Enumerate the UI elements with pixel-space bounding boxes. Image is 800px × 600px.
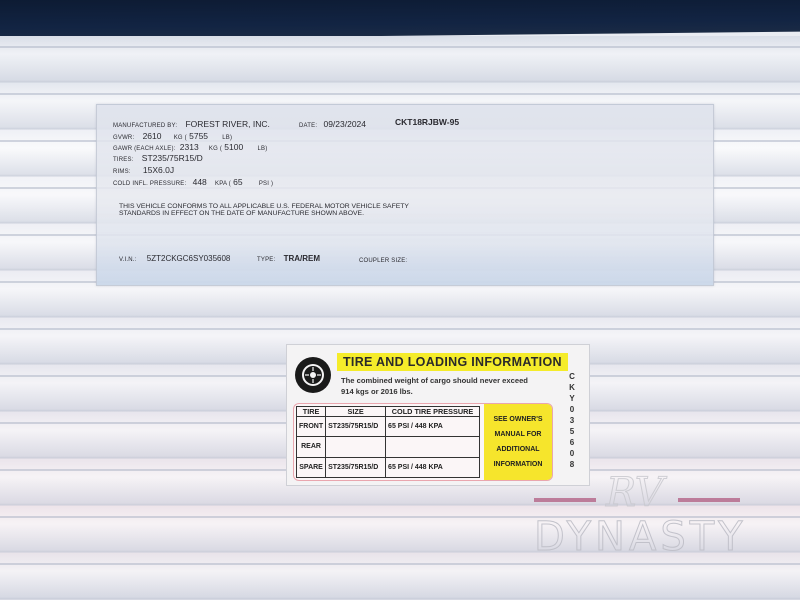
watermark-script: RV [606, 470, 664, 516]
tire-loading-label: TIRE AND LOADING INFORMATION The combine… [286, 344, 590, 486]
rims-value: 15X6.0J [143, 165, 174, 175]
see-owners-manual-note: SEE OWNER'S MANUAL FOR ADDITIONAL INFORM… [484, 404, 552, 480]
cargo-weight-note: The combined weight of cargo should neve… [341, 375, 571, 397]
tires-value: ST235/75R15/D [142, 153, 203, 163]
table-row: REAR [297, 437, 480, 457]
model-code: CKT18RJBW-95 [395, 117, 459, 127]
header-size: SIZE [326, 407, 386, 417]
gawr-label: GAWR (EACH AXLE): [113, 146, 176, 152]
pressure-label: COLD INFL. PRESSURE: [113, 181, 186, 187]
conformance-line-1: THIS VEHICLE CONFORMS TO ALL APPLICABLE … [119, 203, 409, 210]
header-tire: TIRE [297, 407, 326, 417]
type-label: TYPE: [257, 257, 275, 263]
gawr-kg: 2313 [180, 142, 199, 152]
table-row: SPARE ST235/75R15/D 65 PSI / 448 KPA [297, 457, 480, 477]
vin-label: V.I.N.: [119, 257, 137, 263]
vin-value: 5ZT2CKGC6SY035608 [147, 254, 231, 263]
date-value: 09/23/2024 [323, 119, 366, 129]
pressure-psi: 65 [233, 177, 242, 187]
table-row: FRONT ST235/75R15/D 65 PSI / 448 KPA [297, 417, 480, 437]
coupler-size-label: COUPLER SIZE: [359, 258, 407, 264]
tires-label: TIRES: [113, 157, 134, 163]
rims-label: RIMS: [113, 169, 131, 175]
watermark-text: DYNASTY [534, 514, 744, 560]
manufactured-by-label: MANUFACTURED BY: [113, 123, 177, 129]
gvwr-label: GVWR: [113, 135, 134, 141]
rv-dynasty-watermark: RV DYNASTY [534, 470, 744, 560]
photo-scene: MANUFACTURED BY: FOREST RIVER, INC. DATE… [0, 0, 800, 600]
tire-icon [293, 355, 333, 395]
header-pressure: COLD TIRE PRESSURE [386, 407, 480, 417]
tire-pressure-table: TIRE SIZE COLD TIRE PRESSURE FRONT ST235… [296, 406, 480, 478]
dark-trim-panel [0, 0, 800, 40]
gvwr-lb: 5755 [189, 131, 208, 141]
type-value: TRA/REM [284, 254, 320, 263]
gvwr-kg: 2610 [143, 131, 162, 141]
conformance-line-2: STANDARDS IN EFFECT ON THE DATE OF MANUF… [119, 210, 409, 217]
pressure-kpa: 448 [193, 177, 207, 187]
date-label: DATE: [299, 123, 317, 129]
watermark-accent-line-right [678, 498, 740, 502]
manufacturer: FOREST RIVER, INC. [185, 119, 269, 129]
gawr-lb: 5100 [224, 142, 243, 152]
tire-pressure-table-frame: TIRE SIZE COLD TIRE PRESSURE FRONT ST235… [293, 403, 553, 481]
federal-certification-label: MANUFACTURED BY: FOREST RIVER, INC. DATE… [96, 104, 714, 286]
watermark-accent-line-left [534, 498, 596, 502]
tire-label-title: TIRE AND LOADING INFORMATION [337, 353, 568, 371]
label-serial-number: CKY035608 [567, 371, 577, 470]
